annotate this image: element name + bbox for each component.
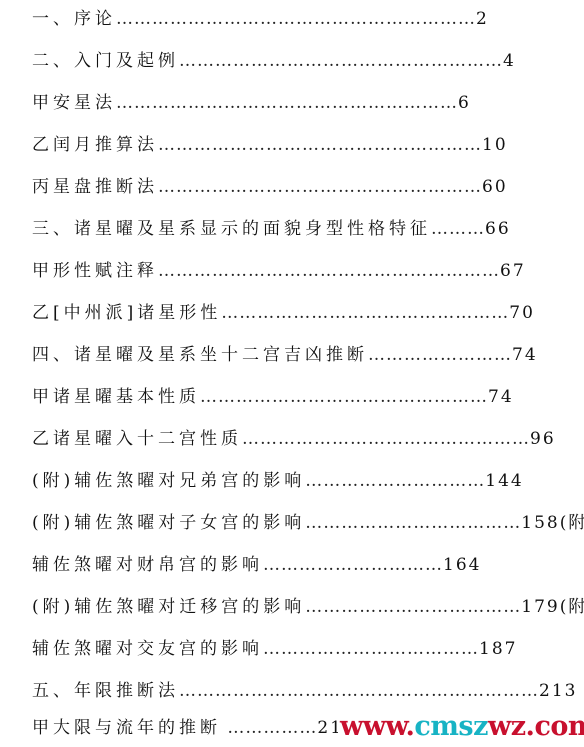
toc-title: 丙星盘推断法 [32, 177, 158, 197]
toc-leader: ……………………………… [263, 639, 479, 659]
toc-title: 乙诸星曜入十二宫性质 [32, 429, 242, 449]
toc-entry[interactable]: 甲形性赋注释…………………………………………………67 [32, 259, 526, 283]
toc-page: 67 [500, 261, 526, 281]
toc-leader: …………………… [368, 345, 512, 365]
toc-page: 144 [485, 471, 523, 491]
toc-page: 96 [530, 429, 556, 449]
toc-page: 6 [458, 93, 471, 113]
toc-leader: ……………………………………………… [158, 135, 482, 155]
toc-leader: …………… [221, 718, 317, 738]
toc-entry[interactable]: (附)辅佐煞曜对迁移宫的影响………………………………179(附) [32, 595, 584, 619]
toc-leader: ………………………………………… [242, 429, 530, 449]
toc-suffix: (附) [560, 597, 584, 617]
toc-entry[interactable]: 辅佐煞曜对交友宫的影响………………………………187 [32, 637, 517, 661]
toc-leader: ………………………… [305, 471, 485, 491]
toc-leader: ……………………………………………… [179, 51, 503, 71]
toc-entry[interactable]: 二、入门及起例………………………………………………4 [32, 49, 516, 73]
toc-leader: ………………………………………… [221, 303, 509, 323]
toc-title: 乙[中州派]诸星形性 [32, 303, 221, 323]
toc-entry[interactable]: 乙闰月推算法………………………………………………10 [32, 133, 508, 157]
toc-entry[interactable]: 甲安星法…………………………………………………6 [32, 91, 471, 115]
toc-page: 66 [485, 219, 511, 239]
toc-page: 213 [539, 681, 577, 701]
toc-page: 187 [479, 639, 517, 659]
toc-page: 10 [482, 135, 508, 155]
toc-entry[interactable]: (附)辅佐煞曜对兄弟宫的影响…………………………144 [32, 469, 524, 493]
toc-leader: ………………………… [263, 555, 443, 575]
toc-title: 二、入门及起例 [32, 51, 179, 71]
toc-entry[interactable]: 四、诸星曜及星系坐十二宫吉凶推断……………………74 [32, 343, 538, 367]
toc-page: 179 [521, 597, 559, 617]
toc-entry[interactable]: 甲诸星曜基本性质…………………………………………74 [32, 385, 514, 409]
watermark-logo: www.cmszwz.com [338, 712, 584, 742]
toc-page: 164 [443, 555, 481, 575]
toc-page: 74 [512, 345, 538, 365]
toc-entry[interactable]: 三、诸星曜及星系显示的面貌身型性格特征………66 [32, 217, 511, 241]
toc-title: (附)辅佐煞曜对迁移宫的影响 [32, 597, 305, 617]
toc-page: 4 [503, 51, 516, 71]
toc-leader: ……………………………… [305, 513, 521, 533]
toc-leader: ………………………………………………… [158, 261, 500, 281]
toc-leader: ……… [431, 219, 485, 239]
toc-page: 158 [521, 513, 559, 533]
toc-entry[interactable]: 丙星盘推断法………………………………………………60 [32, 175, 508, 199]
toc-page: 74 [488, 387, 514, 407]
toc-entry[interactable]: 五、年限推断法……………………………………………………213 [32, 679, 577, 703]
toc-leader: ………………………………………… [200, 387, 488, 407]
toc-title: (附)辅佐煞曜对子女宫的影响 [32, 513, 305, 533]
toc-title: 甲大限与流年的推断 [32, 718, 221, 738]
toc-title: 甲形性赋注释 [32, 261, 158, 281]
toc-page: 60 [482, 177, 508, 197]
toc-entry[interactable]: (附)辅佐煞曜对子女宫的影响………………………………158(附) [32, 511, 584, 535]
toc-suffix: (附) [560, 513, 584, 533]
toc-title: 五、年限推断法 [32, 681, 179, 701]
toc-page: 2 [476, 9, 489, 29]
toc-title: 四、诸星曜及星系坐十二宫吉凶推断 [32, 345, 368, 365]
toc-title: 辅佐煞曜对财帛宫的影响 [32, 555, 263, 575]
toc-title: 一、序论 [32, 9, 116, 29]
toc-title: 辅佐煞曜对交友宫的影响 [32, 639, 263, 659]
toc-title: 甲安星法 [32, 93, 116, 113]
toc-entry[interactable]: 乙[中州派]诸星形性…………………………………………70 [32, 301, 535, 325]
toc-entry[interactable]: 甲大限与流年的推断 ……………216 [32, 716, 356, 740]
toc-title: (附)辅佐煞曜对兄弟宫的影响 [32, 471, 305, 491]
toc-title: 甲诸星曜基本性质 [32, 387, 200, 407]
toc-leader: …………………………………………………… [179, 681, 539, 701]
toc-title: 三、诸星曜及星系显示的面貌身型性格特征 [32, 219, 431, 239]
toc-entry[interactable]: 一、序论……………………………………………………2 [32, 7, 489, 31]
toc-leader: ……………………………………………… [158, 177, 482, 197]
toc-leader: ……………………………… [305, 597, 521, 617]
toc-entry[interactable]: 乙诸星曜入十二宫性质…………………………………………96 [32, 427, 556, 451]
toc-leader: ………………………………………………… [116, 93, 458, 113]
toc-entry[interactable]: 辅佐煞曜对财帛宫的影响…………………………164 [32, 553, 481, 577]
toc-leader: …………………………………………………… [116, 9, 476, 29]
toc-page: 70 [509, 303, 535, 323]
toc-title: 乙闰月推算法 [32, 135, 158, 155]
